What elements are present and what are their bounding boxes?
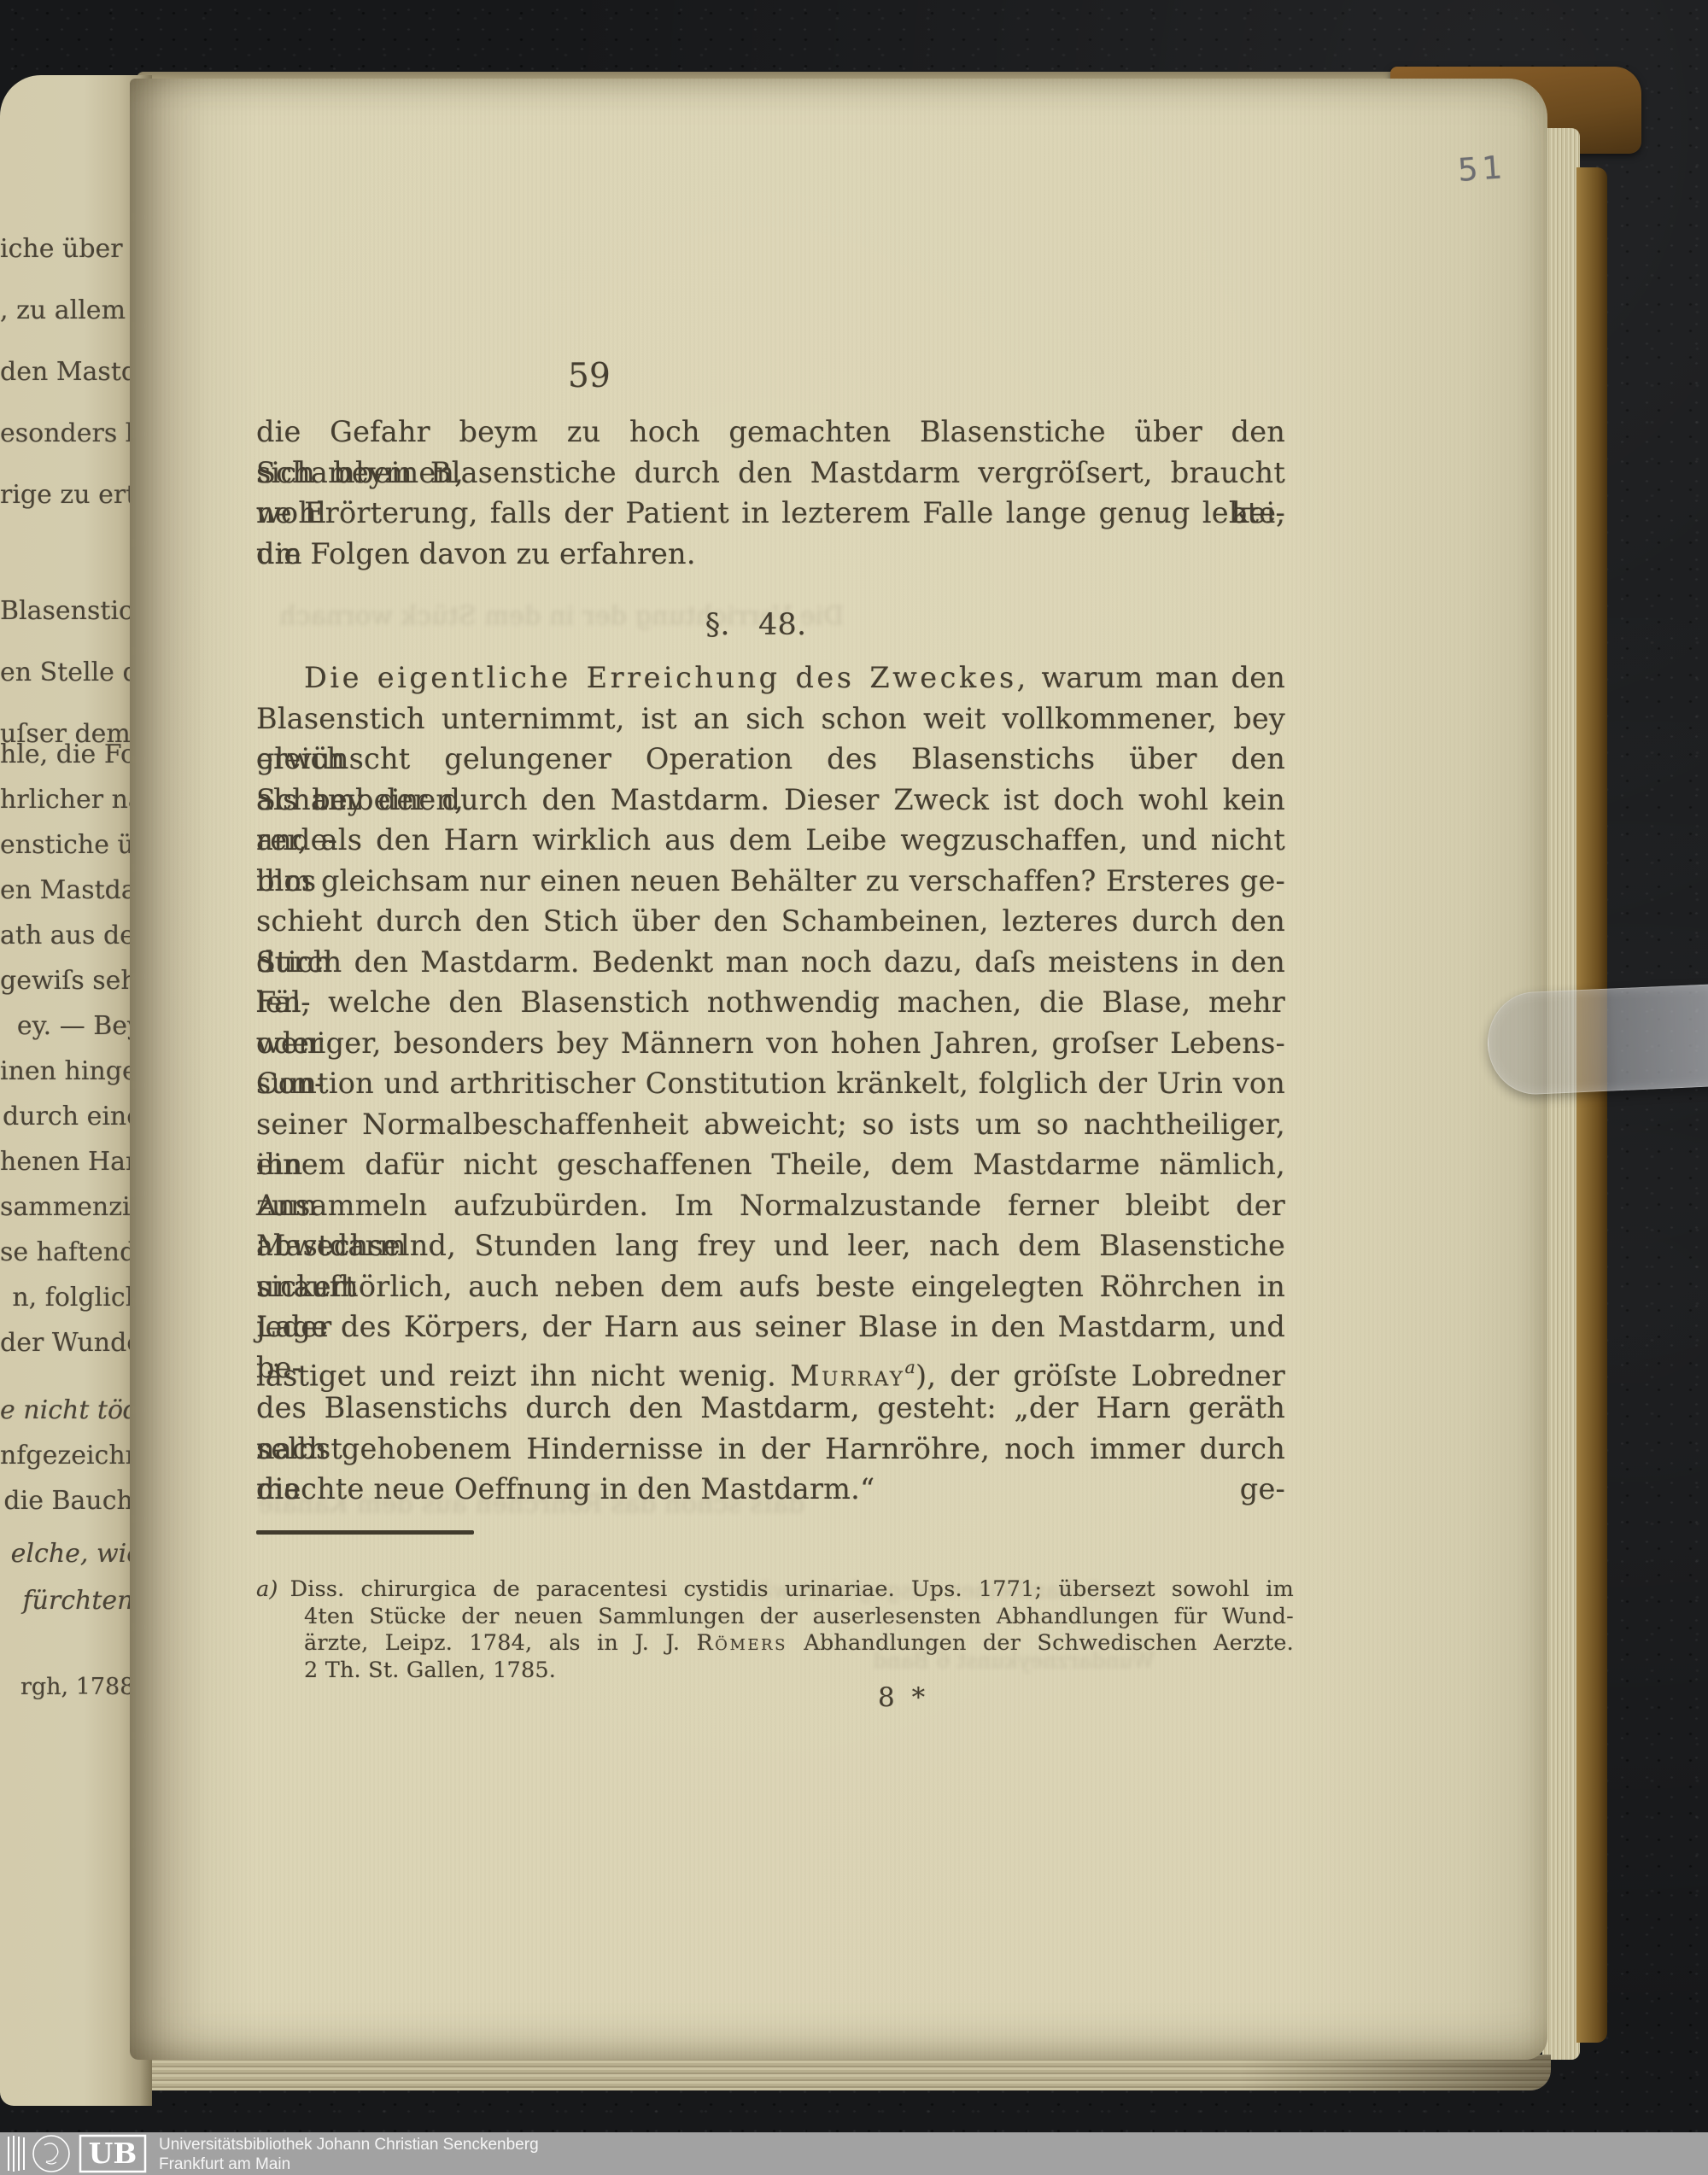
text-span: Diss. chirurgica de paracentesi cystidis… [290, 1576, 1294, 1602]
page-edge-stack [1542, 128, 1580, 2060]
binding-edge-strip [1576, 167, 1607, 2043]
text-span: ), der gröſste Lobredner [915, 1359, 1285, 1392]
footnote-line: 2 Th. St. Gallen, 1785. [256, 1658, 1294, 1685]
text-line: ihm gleichsam nur einen neuen Behälter z… [256, 861, 1285, 902]
page-stack-bottom-edge [133, 2055, 1551, 2090]
logo-ub-text: UB [89, 2137, 137, 2170]
text-line: Blasenstich unternimmt, ist an sich scho… [256, 699, 1285, 740]
library-name: Universitätsbibliothek Johann Christian … [159, 2135, 539, 2174]
text-line: Ansammeln aufzubürden. Im Normalzustande… [256, 1185, 1285, 1226]
footnote: a)Diss. chirurgica de paracentesi cystid… [256, 1576, 1294, 1684]
text-line: einem dafür nicht geschaffenen Theile, d… [256, 1144, 1285, 1185]
letterspaced-phrase: Die eigentliche Erreichung des Zweckes, [304, 661, 1029, 694]
pencil-annotation: 51 [1457, 149, 1508, 189]
paragraph-1: die Gefahr beym zu hoch gemachten Blasen… [256, 412, 1285, 574]
footnote-marker-ref: a [904, 1357, 915, 1377]
section-heading: §. 48. [500, 608, 1012, 642]
paragraph-2: Die eigentliche Erreichung des Zweckes, … [256, 658, 1285, 1510]
author-name-murray: Murray [790, 1359, 904, 1392]
author-name-roemer: Römers [696, 1630, 787, 1656]
text-line: abwechselnd, Stunden lang frey und leer,… [256, 1225, 1285, 1266]
scanned-book-photo: iche über den , zu allem die den Mastdar… [0, 0, 1708, 2175]
text-line: die Gefahr beym zu hoch gemachten Blasen… [256, 412, 1285, 453]
text-line: Lage des Körpers, der Harn aus seiner Bl… [256, 1307, 1285, 1348]
text-span: lästiget und reizt ihn nicht wenig. [256, 1359, 776, 1392]
text-line: als bey der durch den Mastdarm. Dieser Z… [256, 780, 1285, 821]
text-span: warum man den [1041, 661, 1285, 694]
book-page: Die Verrichtung der in dem Stück wornach… [130, 79, 1547, 2060]
text-line: schieht durch den Stich über den Schambe… [256, 901, 1285, 942]
page-holder-clip [1486, 984, 1708, 1096]
text-line: des Blasenstichs durch den Mastdarm, ges… [256, 1388, 1285, 1429]
footnote-line: 4ten Stücke der neuen Sammlungen der aus… [256, 1604, 1294, 1631]
text-line: len, welche den Blasenstich nothwendig m… [256, 982, 1285, 1023]
footnote-marker: a) [256, 1576, 290, 1602]
library-name-line2: Frankfurt am Main [159, 2155, 539, 2174]
text-line: die Folgen davon zu erfahren. [256, 534, 1285, 575]
text-span: ärzte, Leipz. 1784, als in J. J. [304, 1630, 696, 1656]
text-span: Abhandlungen der Schwedischen Aerzte. [787, 1630, 1294, 1656]
text-line: durch den Mastdarm. Bedenkt man noch daz… [256, 942, 1285, 983]
footnote-rule [256, 1530, 474, 1535]
footnote-line: a)Diss. chirurgica de paracentesi cystid… [256, 1576, 1294, 1604]
text-line: nach gehobenem Hindernisse in der Harnrö… [256, 1429, 1285, 1470]
library-name-line1: Universitätsbibliothek Johann Christian … [159, 2135, 539, 2155]
library-footer-bar: UB Universitätsbibliothek Johann Christi… [0, 2132, 1708, 2175]
text-line: erwünscht gelungener Operation des Blase… [256, 739, 1285, 780]
text-line: rer, als den Harn wirklich aus dem Leibe… [256, 820, 1285, 861]
text-line: ne Erörterung, falls der Patient in lezt… [256, 493, 1285, 534]
text-line: sich beym Blasenstiche durch den Mastdar… [256, 453, 1285, 494]
text-line: sumtion und arthritischer Constitution k… [256, 1063, 1285, 1104]
text-line: seiner Normalbeschaffenheit abweicht; so… [256, 1104, 1285, 1145]
library-logo: UB [5, 2134, 149, 2173]
page-number-folio: 59 [504, 357, 675, 395]
text-line: weniger, besonders bey Männern von hohen… [256, 1023, 1285, 1064]
text-line-murray: lästiget und reizt ihn nicht wenig. Murr… [256, 1348, 1285, 1389]
text-line: unaufhörlich, auch neben dem aufs beste … [256, 1266, 1285, 1307]
footnote-line: ärzte, Leipz. 1784, als in J. J. Römers … [256, 1630, 1294, 1658]
signature-mark: 8 * [878, 1682, 929, 1713]
text-line: Die eigentliche Erreichung des Zweckes, … [256, 658, 1285, 699]
